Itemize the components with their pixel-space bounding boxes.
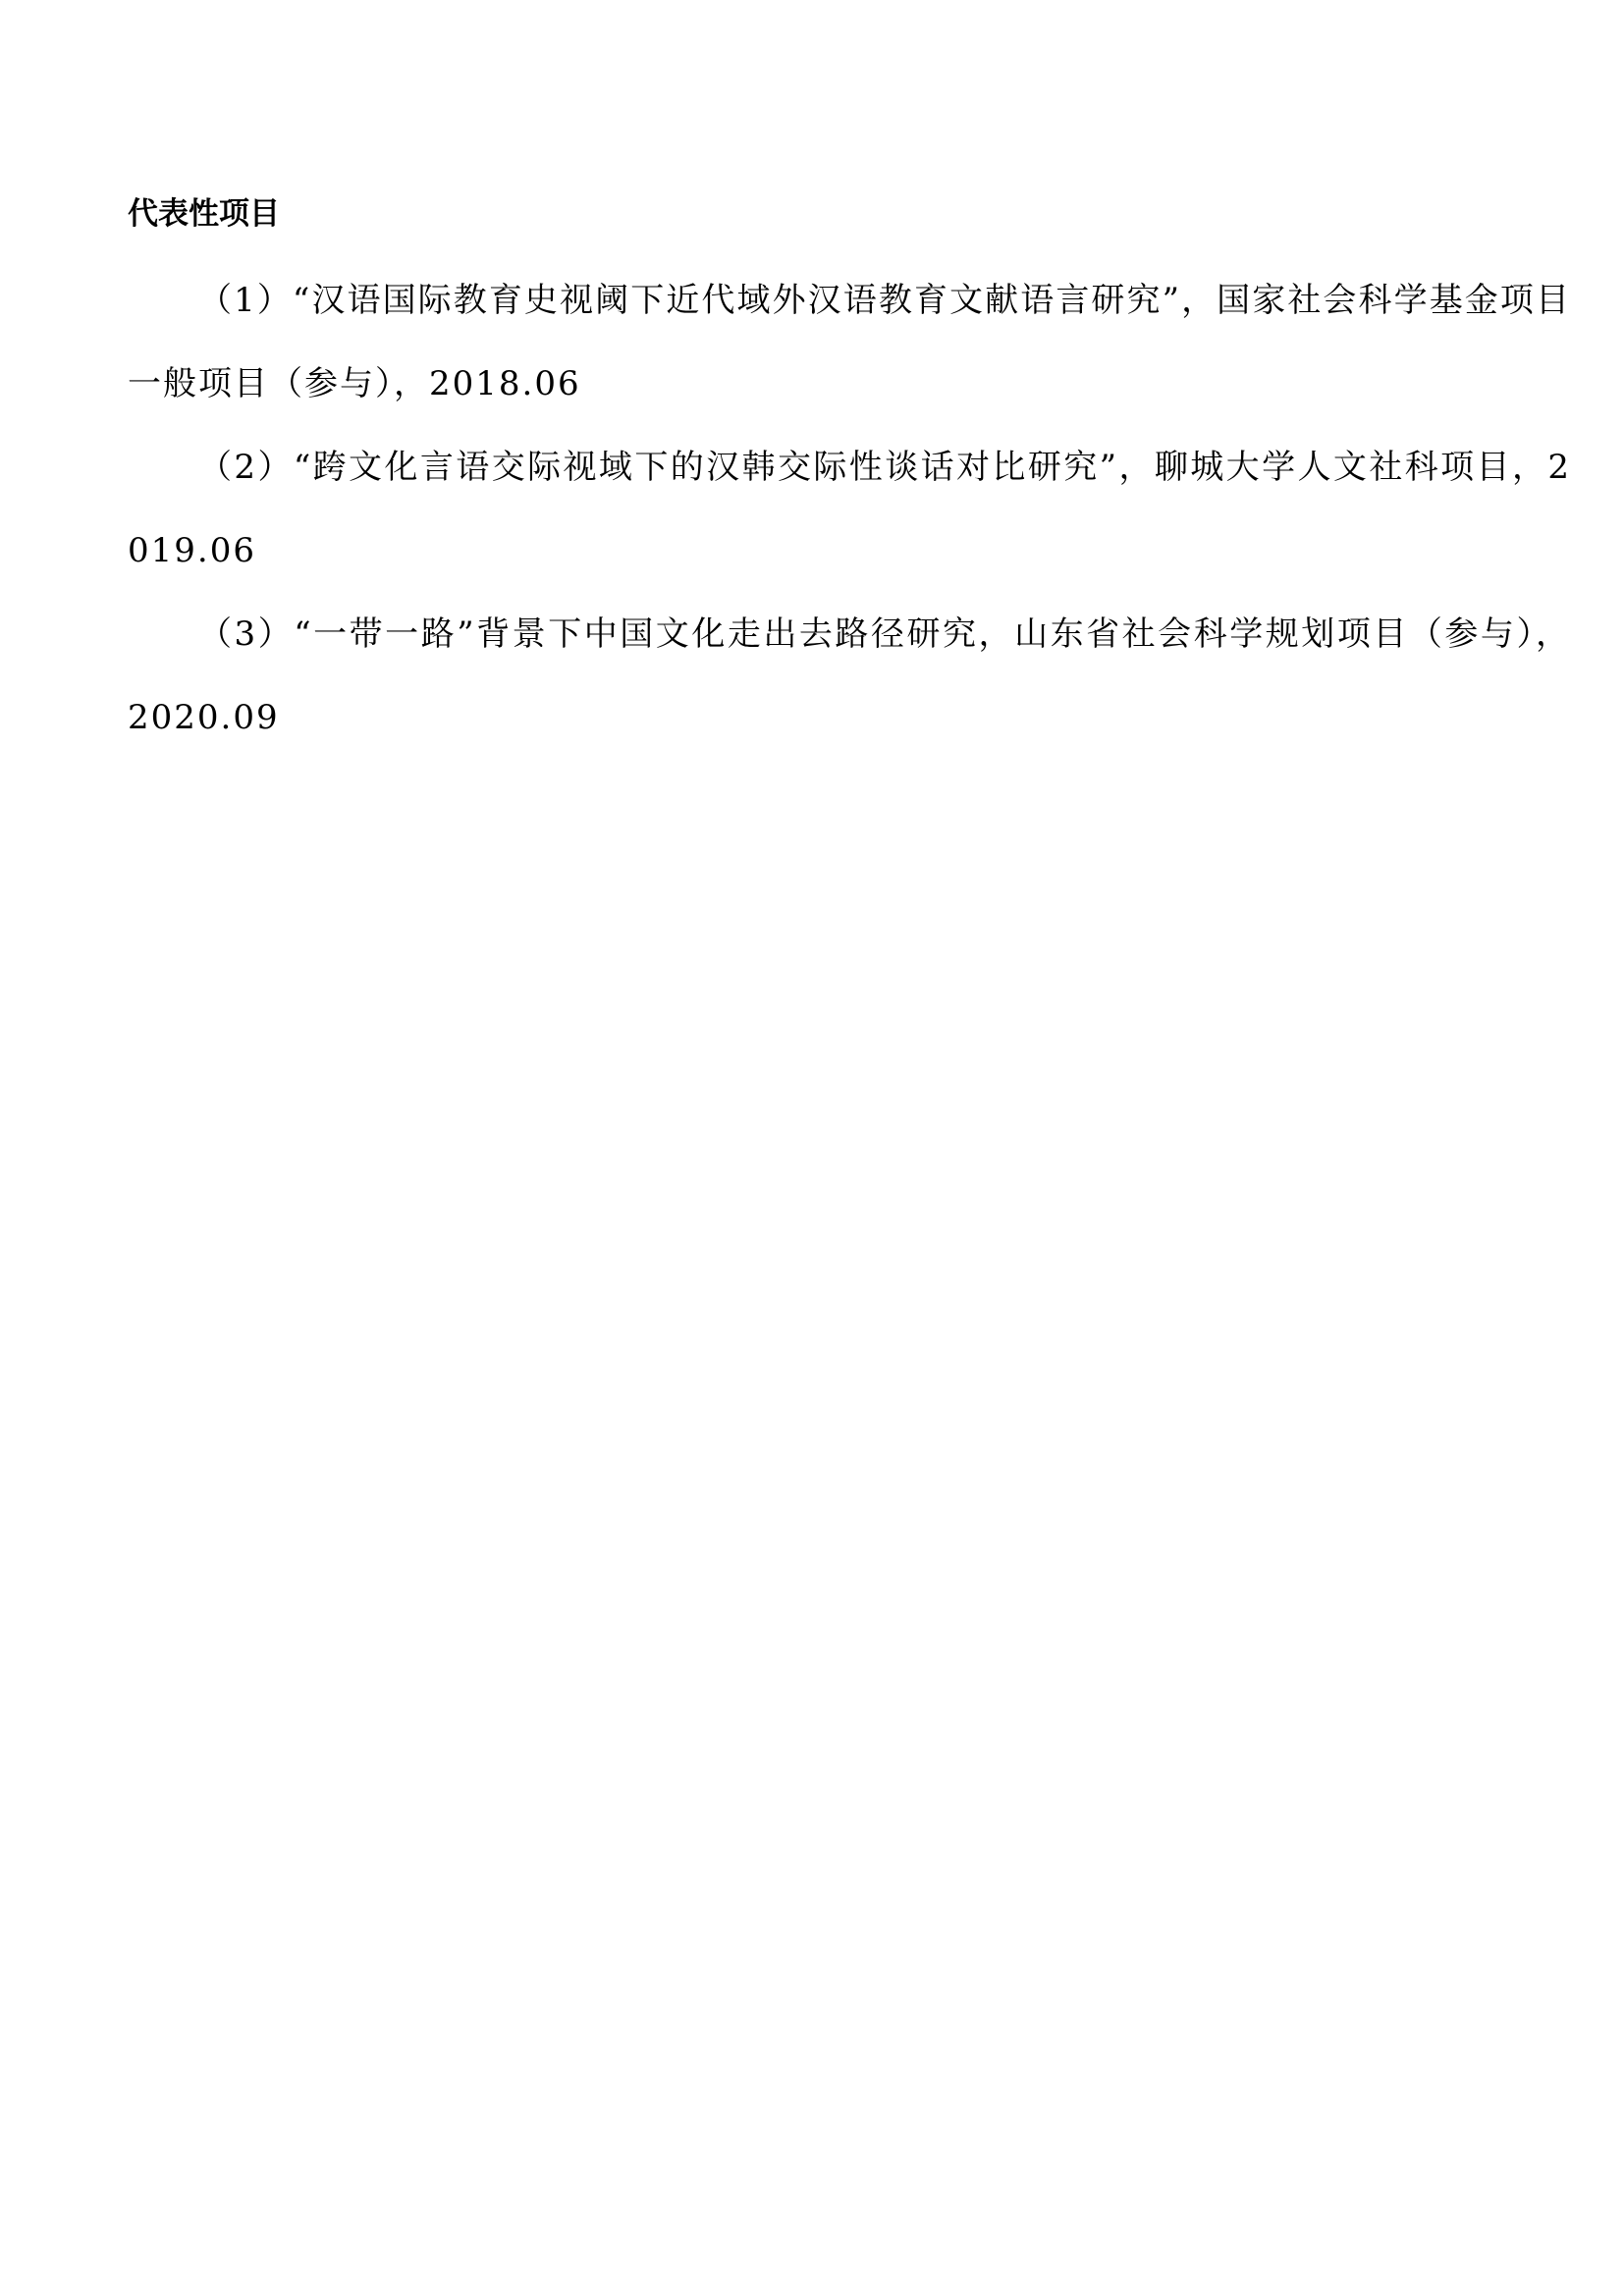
project-item-2: （2）“跨文化言语交际视域下的汉韩交际性谈话对比研究”，聊城大学人文社科项目，2… (128, 426, 1571, 593)
project-item-3: （3）“一带一路”背景下中国文化走出去路径研究，山东省社会科学规划项目（参与），… (128, 593, 1571, 760)
project-item-1: （1）“汉语国际教育史视阈下近代域外汉语教育文献语言研究”，国家社会科学基金项目… (128, 259, 1571, 426)
section-title: 代表性项目 (128, 194, 1571, 234)
document-page: 代表性项目 （1）“汉语国际教育史视阈下近代域外汉语教育文献语言研究”，国家社会… (128, 194, 1571, 760)
project-list: （1）“汉语国际教育史视阈下近代域外汉语教育文献语言研究”，国家社会科学基金项目… (128, 259, 1571, 760)
